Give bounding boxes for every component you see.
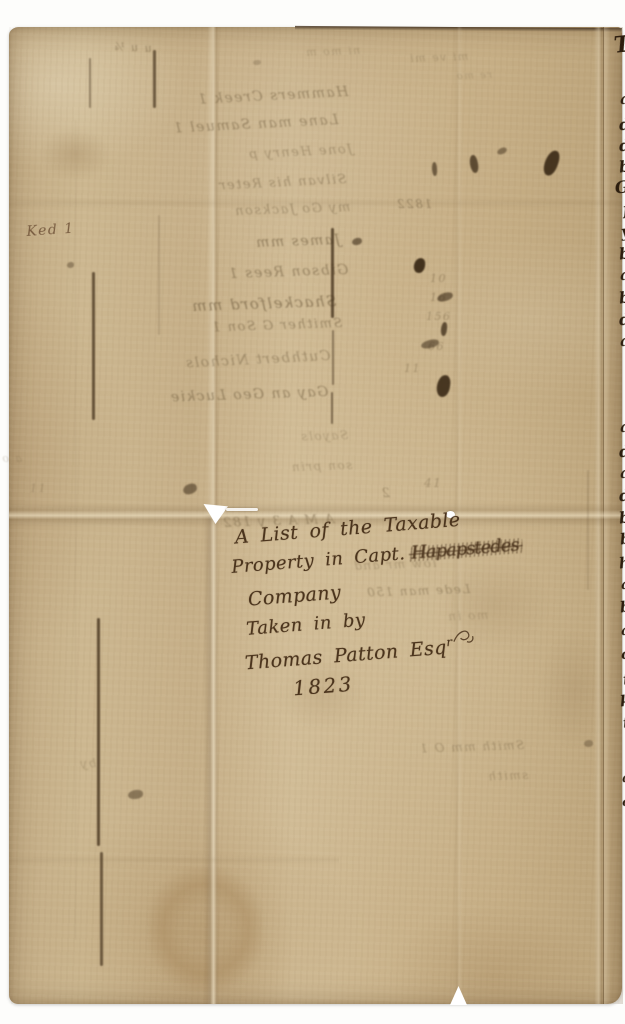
adjacent-page-text-fragment: b [618,158,625,175]
bleed-through-rule-line [100,852,103,966]
bleed-through-text: smith [487,768,529,783]
bleed-through-text: mo in [447,608,489,623]
inscription-block: A List of the Taxable Property in Capt.H… [228,504,502,708]
adjacent-page-text-fragment: b [618,509,625,526]
adjacent-page-text-fragment: a [620,334,625,350]
adjacent-page-text-fragment: a [620,624,625,639]
bleed-through-text: by [79,756,97,771]
ink-blot [253,60,261,65]
adjacent-page-text-fragment: d [618,443,625,460]
adjacent-page-text-fragment: y [620,224,625,241]
bleed-through-text: James mm [254,232,340,251]
bleed-through-rule-line [153,50,156,108]
bleed-through-text: 1822 [395,197,432,211]
bleed-through-rule-line [75,120,76,940]
bleed-through-rule-line [89,58,91,108]
bleed-through-text: 156 [426,310,452,323]
bleed-through-rule-line [331,392,333,424]
document-scan: A List of the Taxable Property in Capt.H… [0,0,625,1024]
bleed-through-rule-line [332,330,334,385]
adjacent-page-text-fragment: a [620,92,625,108]
adjacent-page-text-fragment: d [618,311,625,328]
bleed-through-rule-line [331,228,334,318]
bleed-through-text: 41 [424,476,442,490]
adjacent-page-text-fragment: a [620,268,625,284]
adjacent-page-text-fragment: b [618,245,625,262]
bleed-through-text: re mo [455,70,492,82]
bleed-through-rule-line [587,470,589,590]
bleed-through-text: u u ¼ [112,40,152,55]
esquire-superscript: r [446,635,453,649]
adjacent-page-text-fragment: d [618,487,625,504]
bleed-through-text: 11 [30,482,47,495]
adjacent-page-text-fragment: b [618,289,625,306]
adjacent-page-text-fragment: b [619,531,625,547]
bleed-through-text: low mr and [352,556,436,573]
adjacent-page-text-fragment: d [618,137,625,154]
adjacent-page-text-fragment: k [619,693,625,709]
bleed-through-rule-line [92,272,95,420]
adjacent-page-text-fragment: G [615,179,625,197]
tear-sliver [226,508,258,511]
bleed-through-text: 2 [380,486,390,501]
ink-blot [584,740,593,747]
adjacent-page-text-fragment: a [621,772,625,786]
bleed-through-rule-line [97,618,100,846]
bleed-through-text: son prin [290,458,352,474]
adjacent-page-text-fragment: c [621,648,625,663]
pen-flourish-icon [452,628,475,646]
bleed-through-text: a o [1,452,22,465]
bleed-through-rule-line [158,215,160,335]
bleed-through-text: Ked 1 [26,221,75,240]
adjacent-page-text-fragment: a [620,466,625,482]
bleed-through-text: 10 [430,272,447,285]
bleed-through-text: mi ve mi [408,50,468,65]
adjacent-page-text-fragment: T [613,33,625,57]
adjacent-page-text-fragment: a [620,420,625,436]
bleed-through-text: Sayols [300,428,349,444]
adjacent-page-text-fragment: d [618,116,625,133]
bleed-through-text: 11 [404,362,421,375]
adjacent-page-text-fragment: h [618,555,625,571]
adjacent-page-text-fragment: o [621,796,625,809]
adjacent-page-text-fragment: a [620,578,625,593]
bleed-through-text: ni mo m [304,44,360,59]
ink-blot [67,262,74,268]
adjacent-page-text-fragment: b [619,599,625,615]
